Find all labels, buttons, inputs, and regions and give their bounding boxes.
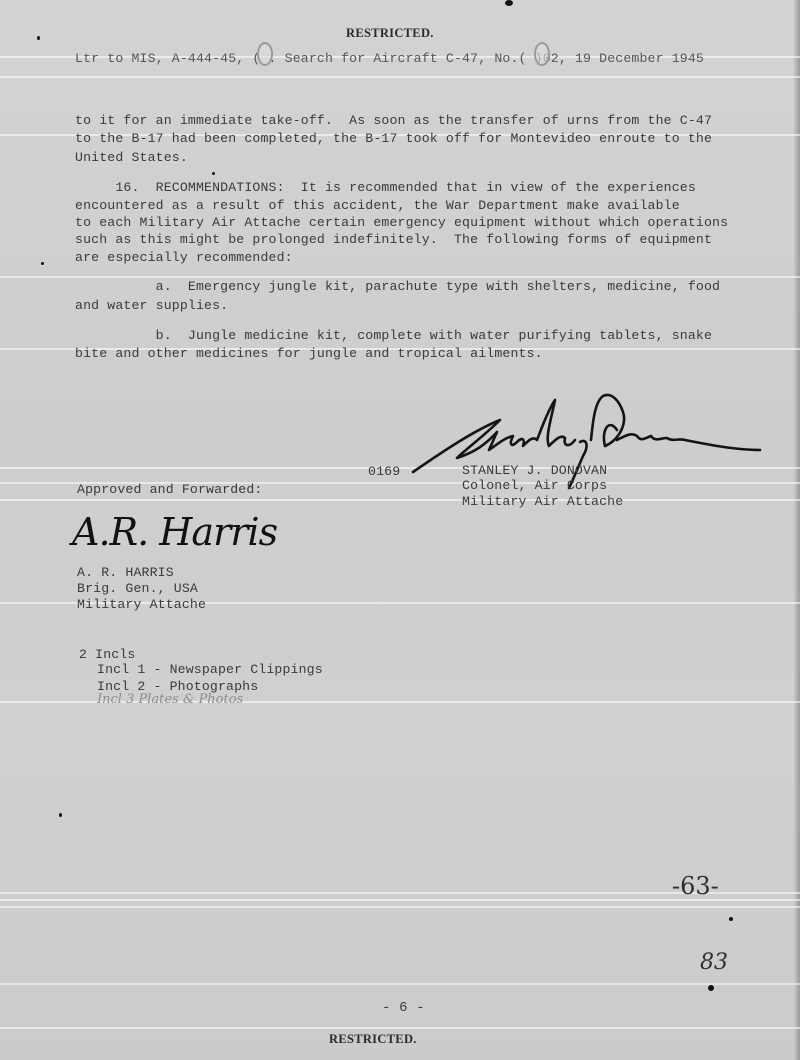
signer-name: STANLEY J. DONOVAN — [462, 463, 607, 478]
document-code: 0169 — [368, 464, 400, 479]
scan-artifact — [0, 1027, 800, 1029]
text-line: and water supplies. — [75, 298, 228, 313]
handwritten-folio-number: 83 — [700, 950, 728, 975]
punch-hole — [257, 42, 273, 66]
text-line: to the B-17 had been completed, the B-17… — [75, 131, 712, 146]
scan-artifact — [0, 499, 800, 501]
speck — [59, 813, 62, 817]
reference-line: Ltr to MIS, A-444-45, ( . Search for Air… — [75, 51, 704, 66]
text-line: to it for an immediate take-off. As soon… — [75, 113, 712, 128]
enclosure-count: 2 Incls — [79, 647, 135, 662]
signer-title: Military Air Attache — [462, 494, 623, 509]
enclosure-item: Incl 1 - Newspaper Clippings — [97, 662, 323, 677]
speck — [37, 36, 40, 40]
scan-artifact — [0, 276, 800, 278]
approver-name: A. R. HARRIS — [77, 565, 174, 580]
approver-rank: Brig. Gen., USA — [77, 581, 198, 596]
speck — [212, 172, 215, 175]
text-line: encountered as a result of this accident… — [75, 198, 680, 213]
punch-hole — [534, 42, 550, 66]
handwritten-signature-harris: A.R. Harris — [72, 510, 277, 554]
handwritten-enclosure: Incl 3 Plates & Photos — [97, 692, 243, 707]
text-line: b. Jungle medicine kit, complete with wa… — [75, 328, 712, 343]
page-edge-shadow — [794, 0, 800, 1060]
text-line: a. Emergency jungle kit, parachute type … — [75, 279, 720, 294]
text-line: are especially recommended: — [75, 250, 293, 265]
classification-header: RESTRICTED. — [346, 26, 434, 41]
text-line: bite and other medicines for jungle and … — [75, 346, 543, 361]
scan-artifact — [0, 983, 800, 985]
scan-artifact — [0, 906, 800, 908]
text-line: 16. RECOMMENDATIONS: It is recommended t… — [75, 180, 696, 195]
handwritten-page-number: -63- — [672, 872, 719, 900]
classification-footer: RESTRICTED. — [329, 1032, 417, 1047]
document-page: RESTRICTED. Ltr to MIS, A-444-45, ( . Se… — [0, 0, 800, 1060]
speck — [41, 262, 44, 265]
speck — [729, 917, 733, 921]
approval-label: Approved and Forwarded: — [77, 482, 262, 497]
binding-hole-mark — [505, 0, 513, 6]
text-line: such as this might be prolonged indefini… — [75, 232, 712, 247]
signer-rank: Colonel, Air Corps — [462, 478, 607, 493]
text-line: to each Military Air Attache certain eme… — [75, 215, 728, 230]
page-number: - 6 - — [382, 1000, 425, 1016]
text-line: United States. — [75, 150, 188, 165]
scan-artifact — [0, 76, 800, 78]
approver-title: Military Attache — [77, 597, 206, 612]
speck — [708, 985, 714, 991]
